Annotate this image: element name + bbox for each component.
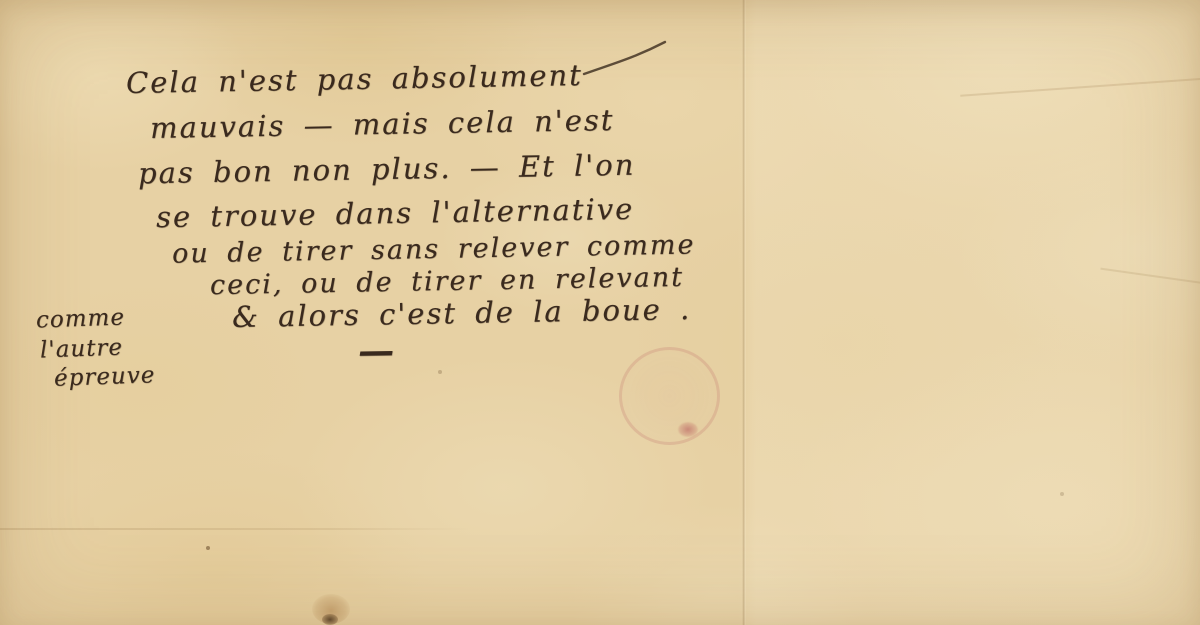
edge-vignette	[0, 0, 1200, 625]
manuscript-page: Cela n'est pas absolument mauvais — mais…	[0, 0, 1200, 625]
